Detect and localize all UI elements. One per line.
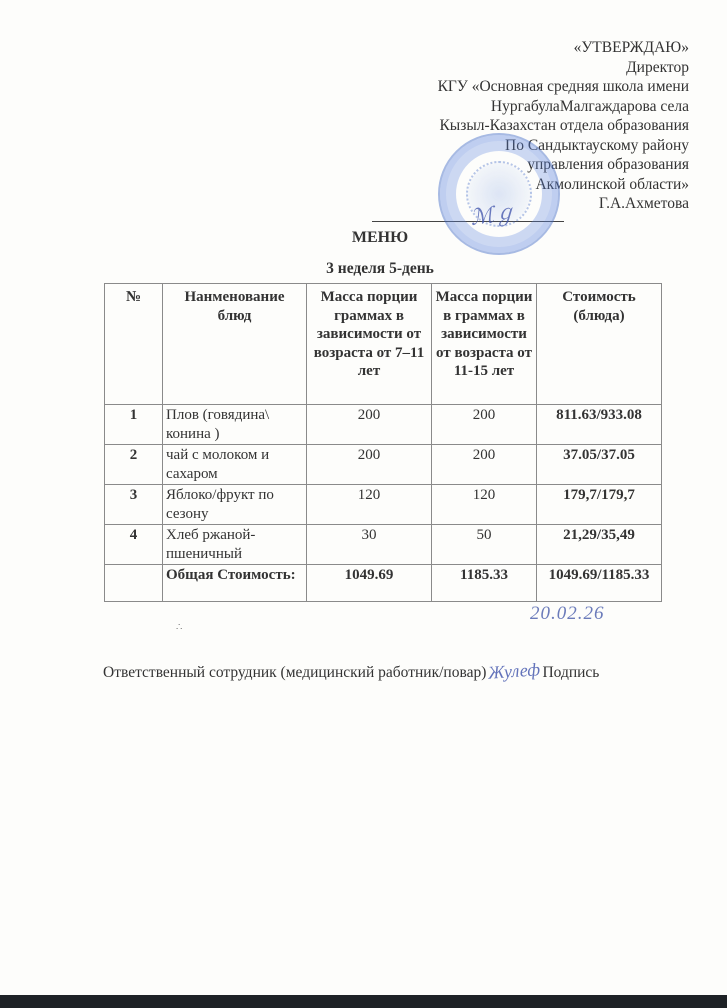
signature-line: [372, 221, 564, 222]
menu-table: № Нанменование блюд Масса порции граммах…: [104, 283, 662, 602]
approval-org-line-2: НургабулаМалгаждарова села: [438, 97, 689, 117]
table-row: 3 Яблоко/фрукт по сезону 120 120 179,7/1…: [105, 485, 662, 525]
row-dish-name: чай с молоком и сахаром: [163, 445, 307, 485]
approval-position: Директор: [438, 58, 689, 78]
header-mass-11-15: Масса порции в граммах в зависимости от …: [432, 284, 537, 405]
row-cost: 179,7/179,7: [537, 485, 662, 525]
row-number: 4: [105, 525, 163, 565]
responsible-line: Ответственный сотрудник (медицинский раб…: [103, 661, 599, 682]
row-cost: 21,29/35,49: [537, 525, 662, 565]
row-mass-11-15: 120: [432, 485, 537, 525]
total-number: [105, 565, 163, 602]
table-row: 2 чай с молоком и сахаром 200 200 37.05/…: [105, 445, 662, 485]
row-dish-name: Яблоко/фрукт по сезону: [163, 485, 307, 525]
header-number: №: [105, 284, 163, 405]
approval-org-line-6: Акмолинской области»: [438, 175, 689, 195]
handwritten-date: 20.02.26: [530, 603, 605, 625]
header-mass-7-11: Масса порции граммах в зависимости от во…: [307, 284, 432, 405]
row-mass-7-11: 120: [307, 485, 432, 525]
total-cost: 1049.69/1185.33: [537, 565, 662, 602]
table-row: 4 Хлеб ржаной-пшеничный 30 50 21,29/35,4…: [105, 525, 662, 565]
signature-label: Подпись: [542, 664, 599, 681]
approval-block: «УТВЕРЖДАЮ» Директор КГУ «Основная средн…: [438, 38, 689, 214]
total-mass-7-11: 1049.69: [307, 565, 432, 602]
row-number: 1: [105, 405, 163, 445]
row-mass-11-15: 200: [432, 405, 537, 445]
row-number: 2: [105, 445, 163, 485]
scanner-edge: [0, 995, 727, 1008]
scan-speck: ∴: [176, 622, 182, 633]
table-total-row: Общая Стоимость: 1049.69 1185.33 1049.69…: [105, 565, 662, 602]
row-dish-name: Плов (говядина\ конина ): [163, 405, 307, 445]
approval-org-line-3: Кызыл-Казахстан отдела образования: [438, 116, 689, 136]
total-label: Общая Стоимость:: [163, 565, 307, 602]
approval-heading: «УТВЕРЖДАЮ»: [438, 38, 689, 58]
page-title: МЕНЮ: [0, 229, 727, 247]
row-cost: 811.63/933.08: [537, 405, 662, 445]
header-cost: Стоимость (блюда): [537, 284, 662, 405]
row-mass-11-15: 50: [432, 525, 537, 565]
approval-org-line-4: По Сандыктаускому району: [438, 136, 689, 156]
row-dish-name: Хлеб ржаной-пшеничный: [163, 525, 307, 565]
signature-icon: ℳℊ: [468, 195, 517, 232]
row-cost: 37.05/37.05: [537, 445, 662, 485]
total-mass-11-15: 1185.33: [432, 565, 537, 602]
page-subtitle: 3 неделя 5-день: [0, 260, 727, 278]
row-mass-7-11: 200: [307, 405, 432, 445]
approval-org-line-1: КГУ «Основная средняя школа имени: [438, 77, 689, 97]
responsible-label: Ответственный сотрудник (медицинский раб…: [103, 664, 486, 681]
table-header-row: № Нанменование блюд Масса порции граммах…: [105, 284, 662, 405]
table-row: 1 Плов (говядина\ конина ) 200 200 811.6…: [105, 405, 662, 445]
responsible-signature-icon: Жулеф: [488, 659, 541, 684]
row-number: 3: [105, 485, 163, 525]
row-mass-7-11: 30: [307, 525, 432, 565]
row-mass-7-11: 200: [307, 445, 432, 485]
row-mass-11-15: 200: [432, 445, 537, 485]
header-dish-name: Нанменование блюд: [163, 284, 307, 405]
approval-org-line-5: управления образования: [438, 155, 689, 175]
